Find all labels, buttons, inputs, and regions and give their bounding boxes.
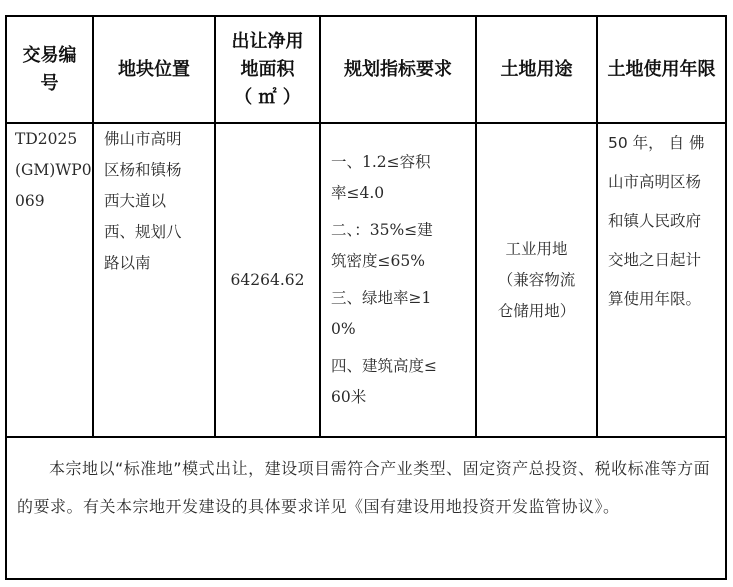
term-line: 山市高明区杨 (608, 163, 701, 202)
requirement-line: 率≤4.0 (331, 178, 431, 209)
cell-location: 佛山市高明 区杨和镇杨 西大道以 西、规划八 路以南 (94, 124, 214, 436)
requirement-density: 二、：35%≤建 筑密度≤65% (331, 215, 433, 277)
usage-line: （兼容物流 (498, 265, 576, 296)
header-label: 地块位置 (118, 56, 190, 84)
cell-requirements: 一、1.2≤容积 率≤4.0 二、：35%≤建 筑密度≤65% 三、绿地率≥1 … (321, 124, 475, 436)
term-line: 50 年， 自 佛 (608, 124, 705, 163)
table-note: 本宗地以“标准地”模式出让，建设项目需符合产业类型、固定资产总投资、税收标准等方… (7, 438, 725, 578)
header-location: 地块位置 (94, 17, 214, 122)
trade-no-line: TD2025 (15, 124, 77, 155)
requirement-height: 四、建筑高度≤ 60米 (331, 351, 437, 413)
cell-trade-no: TD2025 (GM)WP0 069 (7, 124, 92, 436)
land-transfer-table: 交易编 号 地块位置 出让净用 地面积 （ ㎡ ） 规划指标要求 土地用途 土地… (5, 15, 727, 580)
term-line: 交地之日起计 (608, 241, 701, 280)
cell-term: 50 年， 自 佛 山市高明区杨 和镇人民政府 交地之日起计 算使用年限。 (598, 124, 725, 436)
trade-no-line: 069 (15, 186, 45, 217)
cell-area: 64264.62 (216, 124, 319, 436)
requirement-line: 三、绿地率≥1 (331, 283, 431, 314)
header-area: 出让净用 地面积 （ ㎡ ） (216, 17, 319, 122)
header-line: 交易编 (23, 42, 77, 70)
requirement-green: 三、绿地率≥1 0% (331, 283, 431, 345)
term-line: 和镇人民政府 (608, 202, 701, 241)
header-term: 土地使用年限 (598, 17, 725, 122)
header-requirements: 规划指标要求 (321, 17, 475, 122)
header-label: 土地用途 (501, 56, 573, 84)
header-line: 出让净用 (232, 28, 304, 56)
header-line: 地面积 (241, 56, 295, 84)
location-line: 西大道以 (104, 186, 166, 217)
requirement-line: 0% (331, 314, 431, 345)
header-line: （ ㎡ ） (234, 84, 301, 112)
header-usage: 土地用途 (477, 17, 596, 122)
trade-no-line: (GM)WP0 (15, 155, 92, 186)
location-line: 区杨和镇杨 (104, 155, 182, 186)
usage-line: 工业用地 (505, 234, 567, 265)
usage-line: 仓储用地） (498, 296, 576, 327)
cell-usage: 工业用地 （兼容物流 仓储用地） (477, 124, 596, 436)
requirement-line: 四、建筑高度≤ (331, 351, 437, 382)
location-line: 路以南 (104, 248, 151, 279)
requirement-line: 筑密度≤65% (331, 246, 433, 277)
location-line: 西、规划八 (104, 217, 182, 248)
requirement-line: 二、：35%≤建 (331, 215, 433, 246)
area-value: 64264.62 (231, 265, 305, 296)
header-label: 土地使用年限 (608, 56, 716, 84)
requirement-line: 60米 (331, 382, 437, 413)
requirement-line: 一、1.2≤容积 (331, 147, 431, 178)
header-label: 规划指标要求 (344, 56, 452, 84)
requirement-far: 一、1.2≤容积 率≤4.0 (331, 147, 431, 209)
header-line: 号 (41, 70, 59, 98)
location-line: 佛山市高明 (104, 124, 182, 155)
term-line: 算使用年限。 (608, 280, 701, 319)
header-trade-no: 交易编 号 (7, 17, 92, 122)
